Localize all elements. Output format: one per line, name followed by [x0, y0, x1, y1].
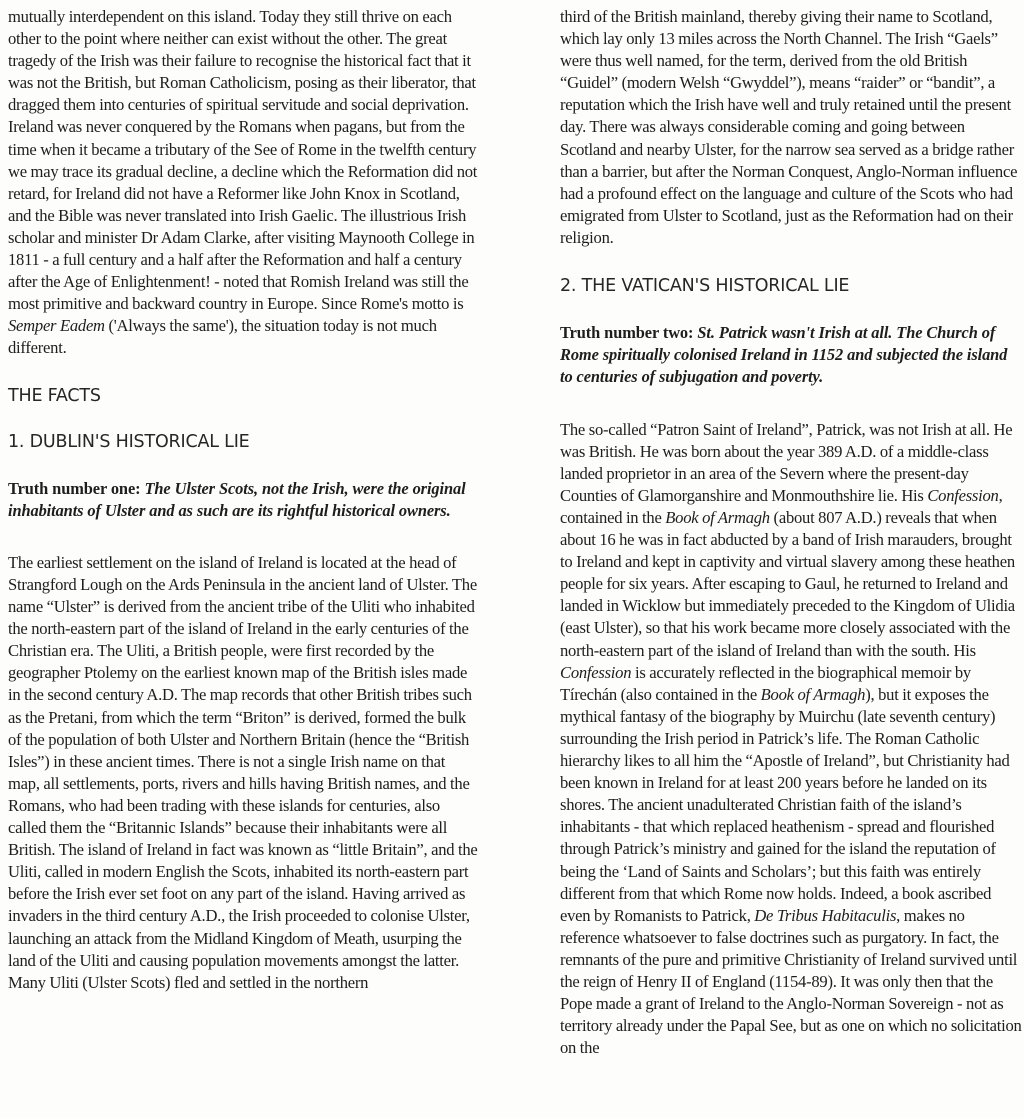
heading-section-1: 1. DUBLIN'S HISTORICAL LIE: [8, 432, 478, 452]
left-column: mutually interdependent on this island. …: [8, 6, 478, 994]
title-confession: Confession: [927, 486, 998, 505]
section-2-paragraph: The so-called “Patron Saint of Ireland”,…: [560, 419, 1022, 1060]
intro-paragraph: mutually interdependent on this island. …: [8, 6, 478, 360]
title-confession: Confession: [560, 663, 631, 682]
text-run: ), but it exposes the mythical fantasy o…: [560, 685, 1010, 925]
latin-motto: Semper Eadem: [8, 316, 105, 335]
intro-text: mutually interdependent on this island. …: [8, 7, 477, 313]
truth-number-two: Truth number two: St. Patrick wasn't Iri…: [560, 322, 1022, 389]
title-de-tribus-habitaculis: De Tribus Habitaculis: [754, 906, 896, 925]
truth-number-one: Truth number one: The Ulster Scots, not …: [8, 478, 478, 522]
continuation-paragraph: third of the British mainland, thereby g…: [560, 6, 1022, 249]
truth-label: Truth number two:: [560, 323, 697, 342]
text-run: , makes no reference whatsoever to false…: [560, 906, 1022, 1058]
title-book-of-armagh: Book of Armagh: [761, 685, 866, 704]
truth-label: Truth number one:: [8, 479, 144, 498]
document-page: mutually interdependent on this island. …: [0, 0, 1024, 1118]
right-column: third of the British mainland, thereby g…: [560, 6, 1022, 1059]
section-1-paragraph: The earliest settlement on the island of…: [8, 552, 478, 994]
heading-section-2: 2. THE VATICAN'S HISTORICAL LIE: [560, 276, 1022, 296]
heading-the-facts: THE FACTS: [8, 386, 478, 406]
text-run: (about 807 A.D.) reveals that when about…: [560, 508, 1015, 660]
title-book-of-armagh: Book of Armagh: [665, 508, 770, 527]
